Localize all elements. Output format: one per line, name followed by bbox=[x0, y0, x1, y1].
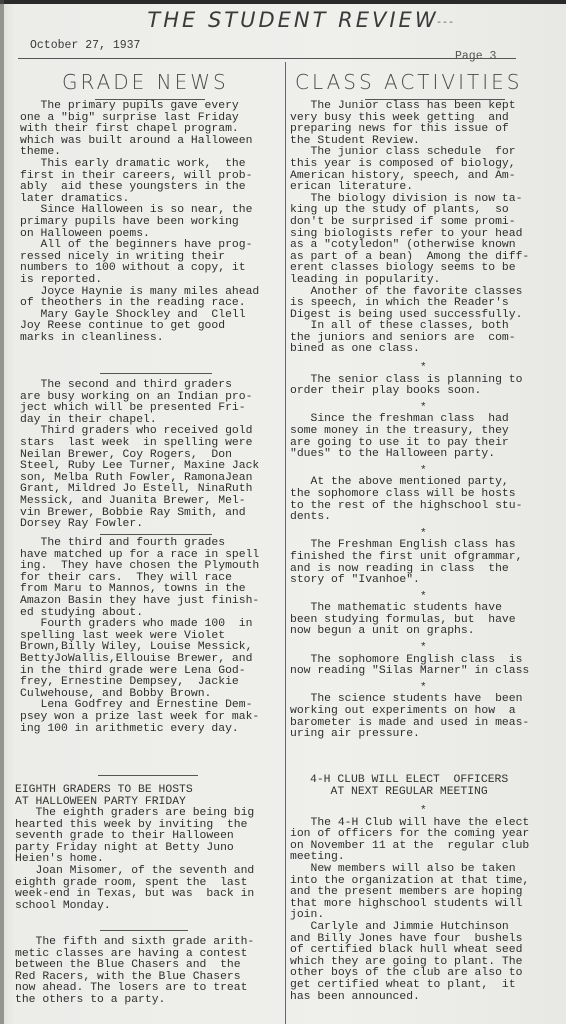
text-line: Messick, and Juanita Brewer, Mel- bbox=[20, 496, 259, 508]
text-line: is speech, in which the Reader's bbox=[290, 298, 529, 310]
brief-line: working out experiments on how a bbox=[290, 706, 529, 718]
text-line: has been announced. bbox=[290, 992, 529, 1004]
text-line: New members will also be taken bbox=[290, 864, 529, 876]
text-line: psey won a prize last week for mak- bbox=[20, 712, 259, 724]
column-divider bbox=[285, 62, 286, 1024]
masthead-rule bbox=[18, 58, 516, 59]
brief-line: some money in the treasury, they bbox=[290, 426, 529, 438]
text-line: Steel, Ruby Lee Turner, Maxine Jack bbox=[20, 461, 259, 473]
text-line: The fifth and sixth grade arith- bbox=[15, 937, 254, 949]
section-heading-class-activities: CLASS ACTIVITIES bbox=[295, 70, 522, 94]
grade-news-block-1: The primary pupils gave everyone a "big"… bbox=[20, 101, 259, 344]
page-number: Page 3 bbox=[455, 50, 496, 63]
newspaper-page: THE STUDENT REVIEW --- October 27, 1937 … bbox=[0, 0, 566, 1024]
text-line: as a "cotyledon" (otherwise known bbox=[290, 240, 529, 252]
scan-top-edge bbox=[0, 0, 566, 4]
issue-date: October 27, 1937 bbox=[30, 39, 140, 52]
brief-line: the sophomore class will be hosts bbox=[290, 489, 529, 501]
text-line: this year is composed of biology, bbox=[290, 159, 529, 171]
brief-line: now begun a unit on graphs. bbox=[290, 626, 529, 638]
asterisk-separator: * bbox=[290, 806, 529, 818]
text-line: BettyJoWallis,Ellouise Brewer, and bbox=[20, 654, 259, 666]
text-line: The eighth graders are being big bbox=[15, 808, 254, 820]
arithmetic-contest-article: The fifth and sixth grade arith-metic cl… bbox=[15, 937, 254, 1007]
text-line: leading in popularity. bbox=[290, 275, 529, 287]
article-divider bbox=[98, 775, 198, 776]
masthead-mark: --- bbox=[436, 18, 454, 29]
headline-line: 4-H CLUB WILL ELECT OFFICERS bbox=[310, 774, 508, 786]
text-line: and the present members are hoping bbox=[290, 887, 529, 899]
text-line: Carlyle and Jimmie Hutchinson bbox=[290, 922, 529, 934]
4h-club-headline: 4-H CLUB WILL ELECT OFFICERSAT NEXT REGU… bbox=[310, 774, 508, 797]
section-heading-grade-news: GRADE NEWS bbox=[62, 70, 229, 94]
grade-news-block-2: The second and third gradersare busy wor… bbox=[20, 380, 259, 531]
text-line: This early dramatic work, the bbox=[20, 159, 259, 171]
brief-line: uring air pressure. bbox=[290, 729, 529, 741]
brief-line: now reading "Silas Marner" in class bbox=[290, 666, 529, 678]
scan-left-edge bbox=[0, 0, 4, 1024]
text-line: bined as one class. bbox=[290, 344, 529, 356]
text-line: Joan Misomer, of the seventh and bbox=[15, 866, 254, 878]
text-line: ing 100 in arithmetic every day. bbox=[20, 724, 259, 736]
text-line: The Junior class has been kept bbox=[290, 101, 529, 113]
eighth-graders-headline: EIGHTH GRADERS TO BE HOSTSAT HALLOWEEN P… bbox=[15, 784, 193, 807]
brief-line: order their play books soon. bbox=[290, 386, 529, 398]
text-line: Fourth graders who made 100 in bbox=[20, 619, 259, 631]
masthead-title: THE STUDENT REVIEW bbox=[0, 8, 566, 32]
junior-class-article: The Junior class has been keptvery busy … bbox=[290, 101, 529, 356]
grade-news-block-3: The third and fourth gradeshave matched … bbox=[20, 538, 259, 735]
text-line: ably aid these youngsters in the bbox=[20, 182, 259, 194]
text-line: The primary pupils gave every bbox=[20, 101, 259, 113]
text-line: week-end in Texas, but was back in bbox=[15, 889, 254, 901]
article-divider bbox=[100, 930, 188, 931]
text-line: marks in cleanliness. bbox=[20, 333, 259, 345]
brief-line: finished the first unit ofgrammar, bbox=[290, 552, 529, 564]
text-line: the others to a party. bbox=[15, 995, 254, 1007]
asterisk-separator: * bbox=[290, 643, 529, 655]
4h-club-article: * The 4-H Club will have the election of… bbox=[290, 806, 529, 1003]
text-line: Amazon Basin they have just finish- bbox=[20, 596, 259, 608]
text-line: frey, Ernestine Dempsey, Jackie bbox=[20, 677, 259, 689]
brief-line: "dues" to the Halloween party. bbox=[290, 449, 529, 461]
text-line: of theothers in the reading race. bbox=[20, 298, 259, 310]
headline-line: AT HALLOWEEN PARTY FRIDAY bbox=[15, 796, 193, 808]
text-line: The second and third graders bbox=[20, 380, 259, 392]
text-line: The third and fourth grades bbox=[20, 538, 259, 550]
article-divider bbox=[100, 534, 212, 535]
text-line: All of the beginners have prog- bbox=[20, 240, 259, 252]
brief-line: dents. bbox=[290, 512, 529, 524]
brief-line: story of "Ivanhoe". bbox=[290, 575, 529, 587]
eighth-graders-article: The eighth graders are being bighearted … bbox=[15, 808, 254, 912]
headline-line: EIGHTH GRADERS TO BE HOSTS bbox=[15, 784, 193, 796]
text-line: erican literature. bbox=[290, 182, 529, 194]
text-line: that more highschool students will bbox=[290, 899, 529, 911]
text-line: Dorsey Ray Fowler. bbox=[20, 519, 259, 531]
text-line: is reported. bbox=[20, 275, 259, 287]
text-line: of certified black hull wheat seed bbox=[290, 945, 529, 957]
headline-line: AT NEXT REGULAR MEETING bbox=[310, 786, 508, 798]
class-briefs: * The senior class is planning toorder t… bbox=[290, 363, 529, 741]
text-line: don't be surprised if some promi- bbox=[290, 217, 529, 229]
text-line: get certified wheat to plant, it bbox=[290, 980, 529, 992]
asterisk-separator: * bbox=[290, 363, 529, 375]
text-line: school Monday. bbox=[15, 901, 254, 913]
article-divider bbox=[100, 373, 212, 374]
text-line: stars last week in spelling were bbox=[20, 438, 259, 450]
text-line: primary pupils have been working bbox=[20, 217, 259, 229]
